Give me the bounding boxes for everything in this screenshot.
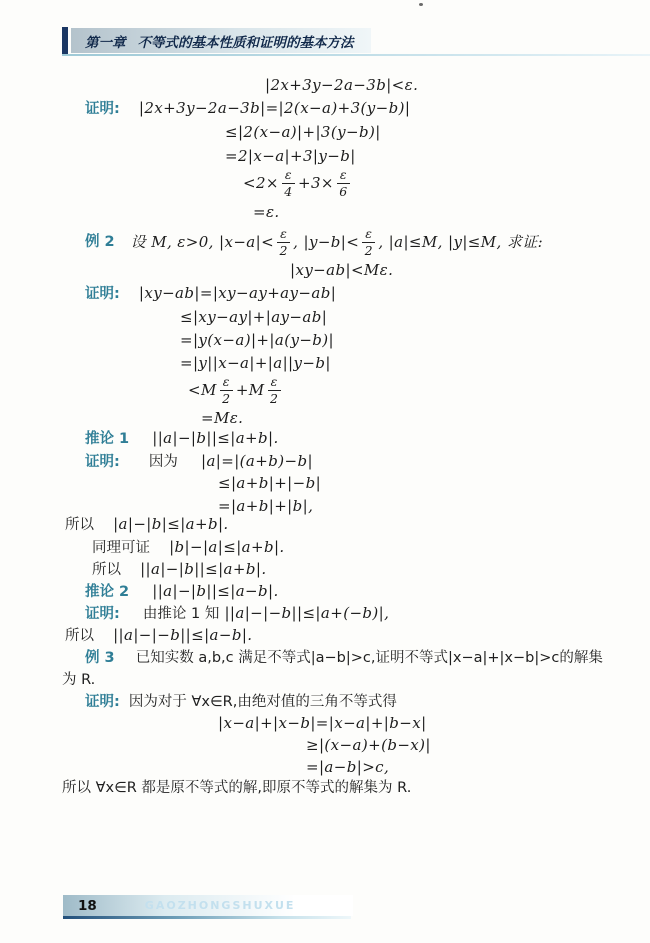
formula-segment: , |a|≤M, |y|≤M, 求证: xyxy=(378,233,543,251)
chapter-header: 第一章 不等式的基本性质和证明的基本方法 xyxy=(71,28,371,53)
chapter-title: 不等式的基本性质和证明的基本方法 xyxy=(138,31,354,51)
example-2-statement: 例 2 设 M, ε>0, |x−a|<ε2, |y−b|<ε2, |a|≤M,… xyxy=(85,224,543,260)
proof-step: 证明: 由推论 1 知 ||a|−|−b||≤|a+(−b)|, xyxy=(85,604,389,623)
corollary-2: 推论 2 ||a|−|b||≤|a−b|. xyxy=(85,582,279,601)
statement-text: 因为对于 ∀x∈R,由绝对值的三角不等式得 xyxy=(129,694,397,710)
connective: 所以 xyxy=(65,628,94,644)
proof-step: 证明: 因为 |a|=|(a+b)−b| xyxy=(85,452,313,471)
connective: 因为 xyxy=(149,454,178,470)
fraction: ε6 xyxy=(337,168,350,197)
proof-step: =Mε. xyxy=(201,409,243,427)
proof-step: =2|x−a|+3|y−b| xyxy=(225,147,356,165)
textbook-page: 第一章 不等式的基本性质和证明的基本方法 |2x+3y−2a−3b|<ε. 证明… xyxy=(0,0,650,943)
fraction-denominator: 2 xyxy=(220,391,233,405)
proof-step: ≤|2(x−a)|+|3(y−b)| xyxy=(225,123,381,141)
fraction-denominator: 2 xyxy=(277,243,290,257)
formula: ||a|−|b||≤|a−b|. xyxy=(152,582,278,600)
example-3-statement: 例 3 已知实数 a,b,c 满足不等式|a−b|>c,证明不等式|x−a|+|… xyxy=(85,648,603,667)
fraction-numerator: ε xyxy=(362,227,375,242)
conclusion-line: 所以 ∀x∈R 都是原不等式的解,即原不等式的解集为 R. xyxy=(62,779,411,797)
fraction-numerator: ε xyxy=(277,227,290,242)
connective: 所以 xyxy=(65,517,94,533)
proof-label: 证明: xyxy=(85,606,120,622)
proof-step-fraction: <2×ε4+3×ε6 xyxy=(243,165,353,201)
fraction: ε2 xyxy=(362,227,375,256)
chapter-label: 第一章 xyxy=(85,31,126,51)
proof-step: 证明: |xy−ab|=|xy−ay+ay−ab| xyxy=(85,284,336,303)
conclusion-line: 所以 ||a|−|b||≤|a+b|. xyxy=(92,560,267,579)
example-label: 例 2 xyxy=(85,233,115,251)
conclusion-line: 所以 ||a|−|−b||≤|a−b|. xyxy=(65,626,252,645)
proof-step-fraction: <Mε2+Mε2 xyxy=(188,372,284,408)
fraction-numerator: ε xyxy=(220,375,233,390)
scan-speck xyxy=(419,3,423,6)
display-formula: |xy−ab|<Mε. xyxy=(290,261,393,279)
proof-step: =|y||x−a|+|a||y−b| xyxy=(180,354,331,372)
page-number: 18 xyxy=(63,898,97,914)
formula-segment: <2× xyxy=(243,174,279,192)
fraction-denominator: 6 xyxy=(337,184,350,198)
formula: |xy−ab|=|xy−ay+ay−ab| xyxy=(139,284,336,302)
formula-segment: , |y−b|< xyxy=(293,233,359,251)
proof-step: =|a−b|>c, xyxy=(306,758,389,776)
conclusion-line: 所以 |a|−|b|≤|a+b|. xyxy=(65,515,229,534)
fraction: ε4 xyxy=(282,168,295,197)
fraction: ε2 xyxy=(277,227,290,256)
proof-step: 证明: 因为对于 ∀x∈R,由绝对值的三角不等式得 xyxy=(85,692,397,711)
proof-step: =|a+b|+|b|, xyxy=(218,497,313,515)
formula-segment: +3× xyxy=(298,174,334,192)
statement-text: 已知实数 a,b,c 满足不等式|a−b|>c,证明不等式|x−a|+|x−b|… xyxy=(136,650,603,666)
corollary-1: 推论 1 ||a|−|b||≤|a+b|. xyxy=(85,429,279,448)
formula-segment: +M xyxy=(236,381,265,399)
connective: 同理可证 xyxy=(92,540,150,556)
formula: ||a|−|b||≤|a+b|. xyxy=(140,560,266,578)
page-footer: 18 GAOZHONGSHUXUE xyxy=(63,895,353,916)
proof-label: 证明: xyxy=(85,454,120,470)
fraction-numerator: ε xyxy=(268,375,281,390)
proof-label: 证明: xyxy=(85,286,120,302)
corollary-label: 推论 2 xyxy=(85,584,129,600)
connective: 由推论 1 知 xyxy=(143,606,219,622)
formula: ||a|−|b||≤|a+b|. xyxy=(152,429,278,447)
proof-step: 证明: |2x+3y−2a−3b|=|2(x−a)+3(y−b)| xyxy=(85,99,410,118)
example-label: 例 3 xyxy=(85,650,115,666)
proof-label: 证明: xyxy=(85,694,120,710)
chapter-accent-bar xyxy=(62,27,68,55)
footer-rule xyxy=(63,916,351,919)
formula: ||a|−|−b||≤|a+(−b)|, xyxy=(224,604,389,622)
statement-text: 为 R. xyxy=(62,671,95,689)
proof-step: |x−a|+|x−b|=|x−a|+|b−x| xyxy=(218,714,427,732)
fraction: ε2 xyxy=(268,375,281,404)
fraction-denominator: 2 xyxy=(362,243,375,257)
corollary-label: 推论 1 xyxy=(85,431,129,447)
connective: 所以 xyxy=(92,562,121,578)
fraction-denominator: 2 xyxy=(268,391,281,405)
formula: |b|−|a|≤|a+b|. xyxy=(169,538,285,556)
proof-step: ≤|xy−ay|+|ay−ab| xyxy=(180,308,327,326)
footer-watermark: GAOZHONGSHUXUE xyxy=(145,899,296,912)
display-formula: |2x+3y−2a−3b|<ε. xyxy=(265,76,418,94)
fraction-numerator: ε xyxy=(282,168,295,183)
formula: |a|−|b|≤|a+b|. xyxy=(113,515,229,533)
conclusion-line: 同理可证 |b|−|a|≤|a+b|. xyxy=(92,538,285,557)
formula: |2x+3y−2a−3b|=|2(x−a)+3(y−b)| xyxy=(139,99,410,117)
formula-segment: 设 M, ε>0, |x−a|< xyxy=(131,233,274,251)
formula-segment: <M xyxy=(188,381,217,399)
formula: ||a|−|−b||≤|a−b|. xyxy=(113,626,252,644)
proof-label: 证明: xyxy=(85,101,120,117)
proof-step: =ε. xyxy=(253,203,280,221)
proof-step: ≤|a+b|+|−b| xyxy=(218,474,321,492)
header-rule xyxy=(62,54,650,56)
fraction-numerator: ε xyxy=(337,168,350,183)
proof-step: =|y(x−a)|+|a(y−b)| xyxy=(180,331,334,349)
formula: |a|=|(a+b)−b| xyxy=(201,452,313,470)
fraction: ε2 xyxy=(220,375,233,404)
proof-step: ≥|(x−a)+(b−x)| xyxy=(306,736,431,754)
fraction-denominator: 4 xyxy=(282,184,295,198)
